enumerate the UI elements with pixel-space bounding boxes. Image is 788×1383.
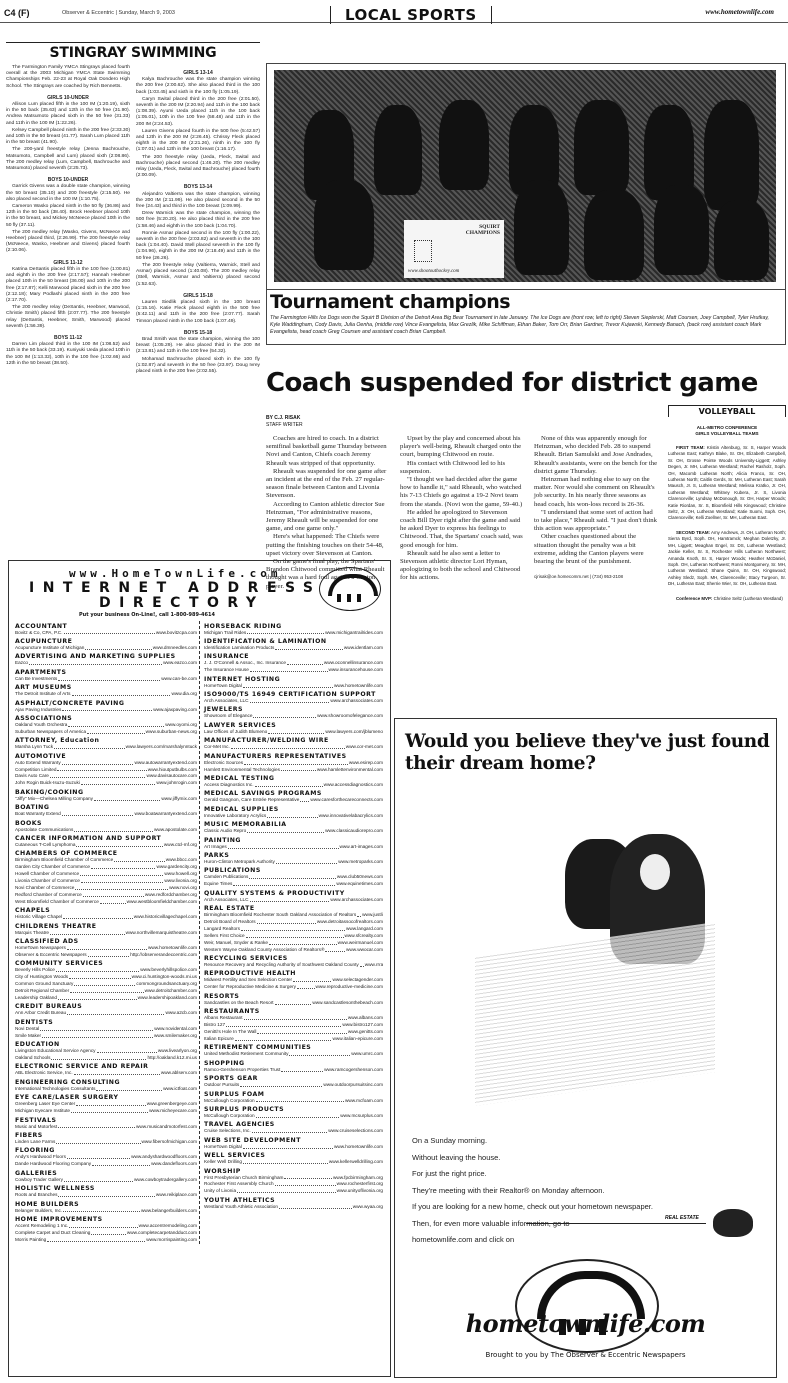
directory-listing[interactable]: Howell Chamber of Commercewww.howell.org	[15, 871, 197, 878]
directory-listing[interactable]: Marquis Theatrewww.northvillemarquisthea…	[15, 930, 197, 937]
directory-category: COMMUNITY SERVICES	[15, 960, 197, 967]
directory-listing[interactable]: Detroit Board of Realtorswww.detroitasso…	[204, 919, 383, 926]
listing-url[interactable]: www.ctcl-mf.org	[164, 842, 197, 849]
listing-name: Birmingham Bloomfield Rochester South Oa…	[204, 912, 356, 919]
listing-url[interactable]: commongroundsanctuary.org	[136, 981, 197, 988]
directory-listing[interactable]: Marsha Lynn Tuckwww.lawyers.com/marshaly…	[15, 744, 197, 751]
directory-listing[interactable]: Sandcastles on the Beach Resortwww.sandc…	[204, 1000, 383, 1007]
directory-listing[interactable]: Birmingham Bloomfield Rochester South Oa…	[204, 912, 383, 919]
listing-url[interactable]: www.club50news.com	[337, 874, 383, 881]
listing-name: HomeTown Digital	[204, 1144, 242, 1151]
listing-url[interactable]: www.dmneedles.com	[153, 645, 197, 652]
listing-name: Oakland Schools	[15, 1055, 50, 1062]
listing-url[interactable]: www.accentremodeling.com	[139, 1223, 197, 1230]
result-paragraph: Lauren Siedlik placed sixth in the 100 b…	[136, 300, 260, 325]
listing-name: Identification Lamination Products	[204, 645, 274, 652]
listing-name: Beverly Hills Police	[15, 967, 55, 974]
listing-url[interactable]: www.autowarrantyextend.com	[134, 760, 197, 767]
directory-listing[interactable]: Greenberg Laser Eye Centerwww.greenberge…	[15, 1101, 197, 1108]
directory-listing[interactable]: Identification Lamination Productswww.id…	[204, 645, 383, 652]
listing-name: Michigan Trail Rides	[204, 630, 246, 637]
directory-listing[interactable]: Keller Well Drillingwww.kellerwelldrilli…	[204, 1159, 383, 1166]
listing-url[interactable]: www.umrc.com	[351, 1051, 383, 1058]
listing-url[interactable]: www.reikiplace.com	[156, 1192, 197, 1199]
directory-listing[interactable]: Leadership Oaklandwww.leadershipoakland.…	[15, 995, 197, 1002]
leader-dots	[50, 773, 146, 778]
leader-dots	[75, 885, 168, 890]
listing-url[interactable]: www.wwocar.com	[346, 947, 383, 954]
leader-dots	[276, 859, 337, 864]
listing-url[interactable]: www.showroomofelegance.com	[317, 713, 383, 720]
directory-listing[interactable]: HomeTown Digitalwww.hometownlife.com	[204, 683, 383, 690]
coach-headline: Coach suspended for district game	[266, 368, 758, 398]
directory-category: AUTOMOTIVE	[15, 753, 197, 760]
directory-category: ART MUSEUMS	[15, 684, 197, 691]
listing-url[interactable]: www.bovitzcpa.com	[156, 630, 197, 637]
listing-name: Eazco	[15, 660, 28, 667]
listing-url[interactable]: www.fpcbirmingham.org	[333, 1175, 383, 1182]
story-paragraph: Coaches are hired to coach. In a distric…	[266, 435, 390, 468]
directory-listing[interactable]: Hamlett Environmental Technologieswww.ha…	[204, 767, 383, 774]
listing-url[interactable]: www.redfordchamber.org	[145, 892, 197, 899]
directory-listing[interactable]: HomeTown Digitalwww.hometownlife.com	[204, 1144, 383, 1151]
directory-listing[interactable]: McCullough Corporationwww.mcsurplus.com	[204, 1113, 383, 1120]
listing-url[interactable]: www.classicaudiorepro.com	[325, 828, 383, 835]
directory-category: PUBLICATIONS	[204, 867, 383, 874]
listing-url[interactable]: www.sandcastlesonthebeach.com	[312, 1000, 383, 1007]
listing-url[interactable]: www.hometownlife.com	[148, 945, 197, 952]
listing-url[interactable]: www.beverlyhillspolice.com	[140, 967, 197, 974]
listing-url[interactable]: www.apostolate.com	[154, 827, 197, 834]
listing-url[interactable]: www.novi.org	[169, 885, 197, 892]
listing-url[interactable]: www.livearlyon.org	[158, 1048, 197, 1055]
directory-listing[interactable]: Boat Warranty Extendwww.boatwarrantyexte…	[15, 811, 197, 818]
directory-listing[interactable]: Oakland Youth Orchestrawww.oyomi.org	[15, 722, 197, 729]
directory-listing[interactable]: Outdoor Pursuitswww.outdoorpursuitsinc.c…	[204, 1082, 383, 1089]
listing-url[interactable]: www.esirep.com	[349, 760, 383, 767]
listing-url[interactable]: http://observerandeccentric.com	[130, 952, 197, 959]
directory-listing[interactable]: John Rogin Buick-Isuzu-Suzukiwww.johnrog…	[15, 780, 197, 787]
result-paragraph: Brad Smith was the state champion, winni…	[136, 337, 260, 356]
listing-url[interactable]: www.oconnellinsurance.com	[324, 660, 383, 667]
leader-dots	[235, 1036, 332, 1041]
directory-listing[interactable]: Redford Chamber of Commercewww.redfordch…	[15, 892, 197, 899]
directory-listing[interactable]: ABL Electronic Service, Inc.www.ablserv.…	[15, 1070, 197, 1077]
directory-listing[interactable]: Michigan Eyecare Institutewww.micheyecar…	[15, 1108, 197, 1115]
listing-url[interactable]: www.eazco.com	[163, 660, 197, 667]
leader-dots	[96, 1086, 162, 1091]
listing-url[interactable]: www.justlisted.com	[362, 912, 383, 919]
directory-listing[interactable]: Cor-Met Inc.www.cor-met.com	[204, 744, 383, 751]
directory-listing[interactable]: City of Huntington Woodswww.ci.huntingto…	[15, 974, 197, 981]
listing-url[interactable]: www.hometownlife.com	[334, 683, 383, 690]
directory-listing[interactable]: Westland Youth Athletic Associationwww.w…	[204, 1204, 383, 1211]
leader-dots	[284, 1175, 332, 1180]
listing-url[interactable]: www.reproductive-medicine.com	[316, 984, 383, 991]
listing-url[interactable]: www.novidental.com	[154, 1026, 197, 1033]
listing-name: Roots and Branches	[15, 1192, 57, 1199]
directory-listing[interactable]: Access Diagnostics Inc.www.accessdiagnos…	[204, 782, 383, 789]
listing-name: Andy's Hardwood Floors	[15, 1154, 66, 1161]
listing-url[interactable]: www.identlam.com	[344, 645, 383, 652]
directory-listing[interactable]: Roots and Brancheswww.reikiplace.com	[15, 1192, 197, 1199]
directory-listing[interactable]: Equine Timeswww.equinetimes.com	[204, 881, 383, 888]
listing-url[interactable]: www.dandefloors.com	[151, 1161, 197, 1168]
listing-name: HomeTown Digital	[204, 683, 242, 690]
directory-listing[interactable]: Showroom of Elegancewww.showroomofelegan…	[204, 713, 383, 720]
directory-listing[interactable]: HomeTown Newspaperswww.hometownlife.com	[15, 945, 197, 952]
listing-url[interactable]: www.weirmanuel.com	[338, 940, 383, 947]
directory-category: ATTORNEY, Education	[15, 737, 197, 744]
result-paragraph: The 200 medley relay (Wasko, Givens, McN…	[6, 230, 130, 255]
listing-url[interactable]: www.insurancehouse.com	[329, 667, 383, 674]
listing-url[interactable]: www.ictfoat.com	[163, 1086, 197, 1093]
listing-url[interactable]: www.innovativelabacrylics.com	[319, 813, 383, 820]
listing-url[interactable]: www.cor-met.com	[346, 744, 383, 751]
listing-url[interactable]: www.oyomi.org	[165, 722, 197, 729]
listing-url[interactable]: www.ablserv.com	[161, 1070, 197, 1077]
directory-listing[interactable]: Acupuncture Institute of Michiganwww.dmn…	[15, 645, 197, 652]
leader-dots	[114, 857, 165, 862]
directory-listing[interactable]: Electronic Sourceswww.esirep.com	[204, 760, 383, 767]
directory-listing[interactable]: Western Wayne Oakland County Association…	[204, 947, 383, 954]
listing-name: Complete Carpet and Duct Cleaning	[15, 1230, 90, 1237]
listing-url[interactable]: www.suburban-news.org	[146, 729, 197, 736]
listing-name: City of Huntington Woods	[15, 974, 68, 981]
listing-url[interactable]: www.albans.com	[348, 1015, 383, 1022]
age-group-heading: BOYS 11-12	[6, 335, 130, 341]
listing-name: Camden Publications	[204, 874, 248, 881]
listing-name: Ramco-Gershenson Properties Trust	[204, 1067, 280, 1074]
real-estate-label[interactable]: REAL ESTATE	[665, 1215, 699, 1221]
listing-url[interactable]: www.ci.huntington-woods.mi.us	[132, 974, 197, 981]
directory-category: RESORTS	[204, 993, 383, 1000]
leader-dots	[63, 914, 133, 919]
directory-listing[interactable]: Resource Recovery and Recycling Authorit…	[204, 962, 383, 969]
directory-listing[interactable]: Observer & Eccentric Newspapershttp://ob…	[15, 952, 197, 959]
directory-listing[interactable]: United Methodist Retirement Communitywww…	[204, 1051, 383, 1058]
directory-listing[interactable]: Camden Publicationswww.club50news.com	[204, 874, 383, 881]
directory-category: ISO9000/TS 16949 CERTIFICATION SUPPORT	[204, 691, 383, 698]
listing-name: Showroom of Elegance	[204, 713, 252, 720]
listing-url[interactable]: www.caresforthecareconnects.com	[310, 797, 383, 804]
leader-dots	[243, 683, 333, 688]
directory-listing[interactable]: Albans Restaurantwww.albans.com	[204, 1015, 383, 1022]
listing-name: Michigan Eyecare Institute	[15, 1108, 70, 1115]
directory-category: HORSEBACK RIDING	[204, 623, 383, 630]
house-icon	[713, 1209, 753, 1237]
directory-listing[interactable]: Belanger Builders, Inc.www.belangerbuild…	[15, 1208, 197, 1215]
directory-listing[interactable]: Cowboy Trader Gallerywww.cowboytradergal…	[15, 1177, 197, 1184]
directory-listing[interactable]: Ann Arbor Credit Bureauwww.a2cb.com	[15, 1010, 197, 1017]
leader-dots	[243, 1159, 328, 1164]
team-photo: SQUIRT CHAMPIONS www.shootouthockey.com	[274, 70, 776, 282]
listing-url[interactable]: www.morrispainting.com	[146, 1237, 197, 1244]
directory-category: CLASSIFIED ADS	[15, 938, 197, 945]
directory-category: CHAMBERS OF COMMERCE	[15, 850, 197, 857]
listing-url[interactable]: www.archassociates.com	[330, 698, 383, 705]
directory-listing[interactable]: International Technologies Consultantsww…	[15, 1086, 197, 1093]
directory-listing[interactable]: First Presbyterian Church Birminghamwww.…	[204, 1175, 383, 1182]
leader-dots	[281, 767, 316, 772]
listing-url[interactable]: www.ajaxpaving.com	[153, 707, 197, 714]
directory-listing[interactable]: Novi Chamber of Commercewww.novi.org	[15, 885, 197, 892]
listing-url[interactable]: www.jiffymix.com	[161, 796, 197, 803]
directory-listing[interactable]: Davis Auto Carewww.davisautocare.com	[15, 773, 197, 780]
listing-url[interactable]: www.archassociates.com	[330, 897, 383, 904]
realestate-ad: Would you believe they've just found the…	[394, 718, 777, 1378]
listing-name: First Presbyterian Church Birmingham	[204, 1175, 283, 1182]
directory-listing[interactable]: Historic Village Chapelwww.historicvilla…	[15, 914, 197, 921]
directory-listing[interactable]: Classic Audio Reprowww.classicaudiorepro…	[204, 828, 383, 835]
directory-listing[interactable]: Cruise Selections, Inc.www.cruiseselecti…	[204, 1128, 383, 1135]
listing-url[interactable]: www.historicvillagechapel.com	[134, 914, 197, 921]
directory-listing[interactable]: Langard Realtorswww.langard.com	[204, 926, 383, 933]
directory-listing[interactable]: Rochester First Assembly Churchwww.roche…	[204, 1181, 383, 1188]
listing-url[interactable]: www.fibersofmichigan.com	[142, 1139, 198, 1146]
ad-line: They're meeting with their Realtor® on M…	[412, 1183, 772, 1200]
directory-listing[interactable]: Unity of Livoniawww.unityoflivonia.org	[204, 1188, 383, 1195]
directory-listing[interactable]: Weir, Manuel, Snyder & Rankewww.weirmanu…	[204, 940, 383, 947]
listing-url[interactable]: www.boatwarrantyextend.com	[134, 811, 197, 818]
listing-url[interactable]: www.metroparks.com	[338, 859, 383, 866]
directory-listing[interactable]: Eazcowww.eazco.com	[15, 660, 197, 667]
listing-url[interactable]: www.cowboytradergallery.com	[134, 1177, 197, 1184]
listing-url[interactable]: www.hometownlife.com	[334, 1144, 383, 1151]
directory-listing[interactable]: Italian Epicurewww.italian-epicure.com	[204, 1036, 383, 1043]
directory-listing[interactable]: Law Offices of Judith Blumenowww.lawyers…	[204, 729, 383, 736]
directory-listing[interactable]: McCullough Corporationwww.mcfoam.com	[204, 1098, 383, 1105]
directory-listing[interactable]: Beverly Hills Policewww.beverlyhillspoli…	[15, 967, 197, 974]
leader-dots	[71, 1108, 148, 1113]
couple-reading-photo	[445, 779, 745, 1109]
listing-url[interactable]: www.completecarpetandduct.com	[127, 1230, 197, 1237]
directory-listing[interactable]: Bistro 127www.bistro127.com	[204, 1022, 383, 1029]
listing-url[interactable]: www.bbcc.com	[166, 857, 197, 864]
listing-url[interactable]: www.hamlettenvironmental.com	[317, 767, 383, 774]
listing-url[interactable]: www.accessdiagnostics.com	[324, 782, 383, 789]
listing-url[interactable]: www.sfcrealty.com	[345, 933, 383, 940]
leader-dots	[67, 1010, 164, 1015]
directory-listing[interactable]: Midwest Fertility and Sex Selection Cent…	[204, 977, 383, 984]
listing-url[interactable]: www.leadershipoakland.com	[138, 995, 197, 1002]
listing-name: Detroit Board of Realtors	[204, 919, 256, 926]
directory-listing[interactable]: Oakland Schoolshttp://oakland.k12.mi.us	[15, 1055, 197, 1062]
directory-listing[interactable]: Art Imageswww.art-images.com	[204, 844, 383, 851]
directory-listing[interactable]: Accent Remodeling 1 Inc.www.accentremode…	[15, 1223, 197, 1230]
directory-listing[interactable]: Center for Reproductive Medicine & Surge…	[204, 984, 383, 991]
listing-name: HomeTown Newspapers	[15, 945, 66, 952]
section-title: LOCAL SPORTS	[330, 6, 492, 24]
site-url[interactable]: www.hometownlife.com	[705, 8, 774, 16]
listing-name: Ajax Paving Industries	[15, 707, 61, 714]
leader-dots	[62, 760, 134, 765]
directory-category: CREDIT BUREAUS	[15, 1003, 197, 1010]
listing-url[interactable]: www.detroitassocofrealtors.com	[317, 919, 383, 926]
writer-contact[interactable]: cjrisak@oe.homecomm.net | (734) 953-2108	[534, 574, 658, 579]
directory-listing[interactable]: Garden City Chamber of Commercewww.garde…	[15, 864, 197, 871]
listing-url[interactable]: www.genitts.com	[348, 1029, 383, 1036]
listing-name: The Detroit Institute of Arts	[15, 691, 71, 698]
leader-dots	[76, 842, 162, 847]
directory-listing[interactable]: Birmingham Bloomfield Chamber of Commerc…	[15, 857, 197, 864]
listing-name: Rochester First Assembly Church	[204, 1181, 274, 1188]
listing-url[interactable]: www.ramcogershenson.com	[324, 1067, 383, 1074]
listing-url[interactable]: www.can-be.com	[161, 676, 197, 683]
directory-category: EDUCATION	[15, 1041, 197, 1048]
listing-url[interactable]: www.lawyers.com/jblumeno	[325, 729, 383, 736]
directory-listing[interactable]: Livonia Chamber of Commercewww.livonia.o…	[15, 878, 197, 885]
directory-listing[interactable]: Complete Carpet and Duct Cleaningwww.com…	[15, 1230, 197, 1237]
directory-listing[interactable]: Gerald Gangnon, Care Entrée Representati…	[204, 797, 383, 804]
conference-mvp: Conference MVP: Christine Seltz (Luthera…	[668, 596, 786, 602]
leader-dots	[255, 782, 323, 787]
directory-listing[interactable]: Common Ground Sanctuarycommongroundsanct…	[15, 981, 197, 988]
result-paragraph: Lauren Givens placed fourth in the 500 f…	[136, 129, 260, 154]
leader-dots	[81, 780, 155, 785]
directory-listing[interactable]: Ajax Paving Industrieswww.ajaxpaving.com	[15, 707, 197, 714]
directory-category: ACUPUNCTURE	[15, 638, 197, 645]
directory-listing[interactable]: Music and Motorfestwww.musicandmotorfest…	[15, 1124, 197, 1131]
listing-url[interactable]: www.rrrasoc.org	[365, 962, 383, 969]
listing-url[interactable]: www.bistro127.com	[342, 1022, 383, 1029]
listing-url[interactable]: www.detroitchamber.com	[145, 988, 197, 995]
listing-url[interactable]: www.kellerwelldrilling.com	[329, 1159, 383, 1166]
listing-url[interactable]: www.michigantrailrides.com	[325, 630, 383, 637]
listing-url[interactable]: www.dia.org	[171, 691, 197, 698]
directory-listing[interactable]: Apostolate Communicationswww.apostolate.…	[15, 827, 197, 834]
listing-url[interactable]: www.a2cb.com	[165, 1010, 197, 1017]
directory-listing[interactable]: Competition Limitedwww.hioutputbulbs.com	[15, 767, 197, 774]
listing-url[interactable]: www.livonia.org	[164, 878, 197, 885]
leader-dots	[56, 1139, 140, 1144]
leader-dots	[289, 1051, 350, 1056]
listing-name: Dande Hardwood Flooring Company	[15, 1161, 91, 1168]
directory-listing[interactable]: Morris Paintingwww.morrispainting.com	[15, 1237, 197, 1244]
directory-listing[interactable]: Detroit Regional Chamberwww.detroitchamb…	[15, 988, 197, 995]
listing-name: Howell Chamber of Commerce	[15, 871, 79, 878]
leader-dots	[68, 722, 164, 727]
listing-url[interactable]: www.art-images.com	[340, 844, 384, 851]
listing-url[interactable]: www.cruiseselections.com	[328, 1128, 383, 1135]
leader-dots	[226, 1022, 341, 1027]
listing-name: Belanger Builders, Inc.	[15, 1208, 62, 1215]
listing-name: Detroit Regional Chamber	[15, 988, 69, 995]
directory-listing[interactable]: Ramco-Gershenson Properties Trustwww.ram…	[204, 1067, 383, 1074]
leader-dots	[92, 1161, 150, 1166]
listing-name: Livingston Educational Service Agency	[15, 1048, 96, 1055]
directory-listing[interactable]: Cutaneous T-Cell Lymphomawww.ctcl-mf.org	[15, 842, 197, 849]
directory-listing[interactable]: Dande Hardwood Flooring Companywww.dande…	[15, 1161, 197, 1168]
directory-listing[interactable]: "Jiffy" Mix—Chelsea Milling Companywww.j…	[15, 796, 197, 803]
hometownlife-big-logo-icon	[515, 1259, 659, 1353]
directory-listing[interactable]: Linden Lane Farmswww.fibersofmichigan.co…	[15, 1139, 197, 1146]
directory-listing[interactable]: The Insurance Housewww.insurancehouse.co…	[204, 667, 383, 674]
listing-url[interactable]: www.mcfoam.com	[345, 1098, 383, 1105]
listing-url[interactable]: www.hioutputbulbs.com	[148, 767, 197, 774]
directory-listing[interactable]: Arch Associates, LLCwww.archassociates.c…	[204, 698, 383, 705]
directory-listing[interactable]: Sellers First Choicewww.sfcrealty.com	[204, 933, 383, 940]
directory-listing[interactable]: Huron-Clinton Metropark Authoritywww.met…	[204, 859, 383, 866]
listing-url[interactable]: www.equinetimes.com	[336, 881, 383, 888]
directory-listing[interactable]: Bovitz & Co, CPA, P.C.www.bovitzcpa.com	[15, 630, 197, 637]
listing-name: Bistro 127	[204, 1022, 225, 1029]
directory-listing[interactable]: Innovative Laboratory Acrylicswww.innova…	[204, 813, 383, 820]
directory-listing[interactable]: Michigan Trail Rideswww.michigantrailrid…	[204, 630, 383, 637]
listing-url[interactable]: www.langard.com	[346, 926, 383, 933]
listing-url[interactable]: www.lawyers.com/marshalynntuck	[126, 744, 197, 751]
listing-url[interactable]: www.rochesterfirst.org	[337, 1181, 383, 1188]
listing-url[interactable]: www.mcsurplus.com	[340, 1113, 383, 1120]
directory-category: FIBERS	[15, 1132, 197, 1139]
leader-dots	[247, 828, 324, 833]
directory-listing[interactable]: Arch Associates, LLCwww.archassociates.c…	[204, 897, 383, 904]
leader-dots	[243, 1144, 333, 1149]
listing-url[interactable]: http://oakland.k12.mi.us	[147, 1055, 197, 1062]
listing-name: Center for Reproductive Medicine & Surge…	[204, 984, 296, 991]
listing-url[interactable]: www.belangerbuilders.com	[141, 1208, 197, 1215]
listing-url[interactable]: www.outdoorpursuitsinc.com	[323, 1082, 383, 1089]
listing-url[interactable]: www.davisautocare.com	[146, 773, 197, 780]
leader-dots	[58, 1192, 154, 1197]
directory-listing[interactable]: J. J. O'Connell & Assoc., Inc. Insurance…	[204, 660, 383, 667]
leader-dots	[83, 892, 144, 897]
leader-dots	[297, 984, 315, 989]
listing-url[interactable]: www.andyshardwoodfloors.com	[131, 1154, 197, 1161]
directory-listing[interactable]: Can Be Investmentswww.can-be.com	[15, 676, 197, 683]
leader-dots	[74, 1070, 160, 1075]
listing-url[interactable]: www.musicandmotorfest.com	[136, 1124, 197, 1131]
listing-url[interactable]: www.italian-epicure.com	[332, 1036, 383, 1043]
listing-url[interactable]: www.selectagender.com	[332, 977, 383, 984]
directory-listing[interactable]: Smile Makerwww.smilemaker.org	[15, 1033, 197, 1040]
byline-role: STAFF WRITER	[266, 422, 303, 428]
directory-listing[interactable]: Livingston Educational Service Agencywww…	[15, 1048, 197, 1055]
result-paragraph: Cameron Wasko placed ninth in the 50 fly…	[6, 204, 130, 229]
listing-name: Redford Chamber of Commerce	[15, 892, 82, 899]
age-group-heading: BOYS 15-18	[136, 330, 260, 336]
directory-listing[interactable]: The Detroit Institute of Artswww.dia.org	[15, 691, 197, 698]
listing-url[interactable]: www.johnrogin.com	[156, 780, 197, 787]
photo-caption: The Farmington Hills Ice Dogs won the Sq…	[270, 315, 778, 336]
listing-url[interactable]: www.smilemaker.org	[154, 1033, 197, 1040]
listing-name: J. J. O'Connell & Assoc., Inc. Insurance	[204, 660, 286, 667]
directory-category: INTERNET HOSTING	[204, 676, 383, 683]
listing-name: Genitti's Hole In The Wall	[204, 1029, 256, 1036]
ad-brand[interactable]: hometownlife.com	[395, 1309, 776, 1338]
listing-url[interactable]: www.micheyecare.com	[149, 1108, 197, 1115]
listing-url[interactable]: www.gardencity.org	[156, 864, 197, 871]
listing-url[interactable]: www.unityoflivonia.org	[337, 1188, 383, 1195]
directory-listing[interactable]: Genitti's Hole In The Wallwww.genitts.co…	[204, 1029, 383, 1036]
directory-listing[interactable]: Auto Extend Warrantywww.autowarrantyexte…	[15, 760, 197, 767]
directory-category: REPRODUCTIVE HEALTH	[204, 970, 383, 977]
directory-category: RECYCLING SERVICES	[204, 955, 383, 962]
directory-listing[interactable]: Novi Dentalwww.novidental.com	[15, 1026, 197, 1033]
listing-url[interactable]: www.westbloomfieldchamber.com	[127, 899, 197, 906]
listing-url[interactable]: www.howell.org	[164, 871, 197, 878]
listing-url[interactable]: www.greenbergeye.com	[147, 1101, 197, 1108]
listing-url[interactable]: www.northvillemarquistheatre.com	[126, 930, 197, 937]
leader-dots	[67, 1154, 130, 1159]
leader-dots	[279, 1204, 352, 1209]
directory-listing[interactable]: Suburban Newspapers of Americawww.suburb…	[15, 729, 197, 736]
listing-url[interactable]: www.wyaa.org	[353, 1204, 383, 1211]
leader-dots	[74, 827, 153, 832]
directory-listing[interactable]: West Bloomfield Chamber of Commercewww.w…	[15, 899, 197, 906]
listing-name: Leadership Oakland	[15, 995, 57, 1002]
directory-listing[interactable]: Andy's Hardwood Floorswww.andyshardwoodf…	[15, 1154, 197, 1161]
